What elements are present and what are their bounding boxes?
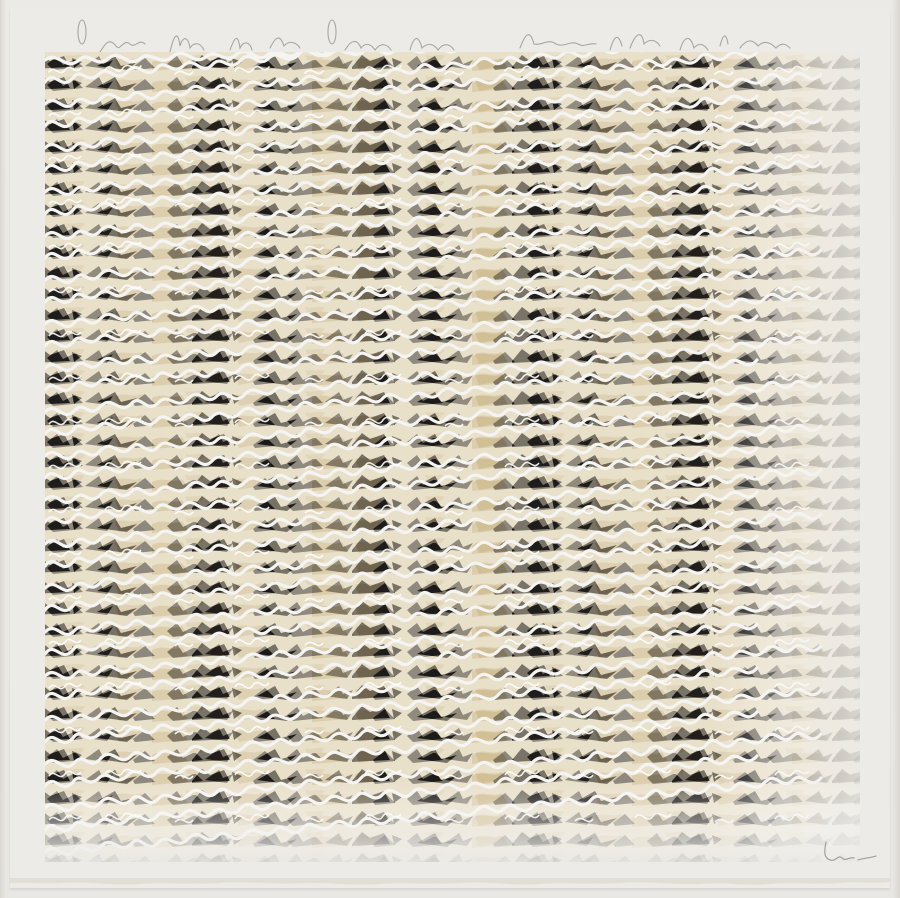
script-rows-graphic (45, 52, 860, 862)
artist-signature (820, 838, 880, 868)
artwork-frame: Cut-paper artwork: rows of white handwri… (0, 0, 900, 898)
deckled-edge (10, 878, 890, 892)
cut-script-field (45, 52, 860, 862)
